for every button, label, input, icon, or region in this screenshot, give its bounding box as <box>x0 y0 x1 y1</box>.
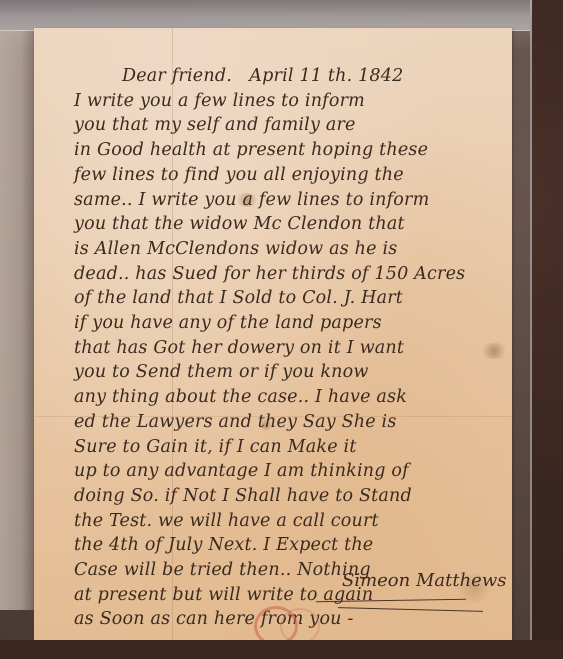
letter-line: you that my self and family are <box>74 113 514 138</box>
faded-seal-mark <box>280 608 320 644</box>
greeting: Dear friend. <box>122 66 232 86</box>
letter-line: up to any advantage I am thinking of <box>74 459 514 484</box>
sleeve-top-edge <box>0 0 530 31</box>
sleeve-glare <box>0 30 36 610</box>
signature: Simeon Matthews <box>342 570 506 591</box>
letter-heading: Dear friend. April 11 th. 1842 <box>74 64 514 89</box>
letter-line: the Test. we will have a call court <box>74 509 514 534</box>
letter-line: dead.. has Sued for her thirds of 150 Ac… <box>74 262 514 287</box>
letter-line: you to Send them or if you know <box>74 360 514 385</box>
letter-line: ed the Lawyers and they Say She is <box>74 410 514 435</box>
letter-line: same.. I write you a few lines to inform <box>74 188 514 213</box>
letter-paper: Dear friend. April 11 th. 1842 I write y… <box>34 28 512 640</box>
letter-line: is Allen McClendons widow as he is <box>74 237 514 262</box>
letter-line: if you have any of the land papers <box>74 311 514 336</box>
letter-line: few lines to find you all enjoying the <box>74 163 514 188</box>
letter-line: of the land that I Sold to Col. J. Hart <box>74 286 514 311</box>
letter-line: any thing about the case.. I have ask <box>74 385 514 410</box>
letter-line: you that the widow Mc Clendon that <box>74 212 514 237</box>
letter-date: April 11 th. 1842 <box>249 66 403 86</box>
letter-line: I write you a few lines to inform <box>74 89 514 114</box>
letter-line: that has Got her dowery on it I want <box>74 336 514 361</box>
letter-body: Dear friend. April 11 th. 1842 I write y… <box>74 64 514 632</box>
letter-line: the 4th of July Next. I Expect the <box>74 533 514 558</box>
letter-line: Sure to Gain it, if I can Make it <box>74 435 514 460</box>
letter-line: doing So. if Not I Shall have to Stand <box>74 484 514 509</box>
letter-line: in Good health at present hoping these <box>74 138 514 163</box>
table-edge-shadow <box>0 640 563 659</box>
